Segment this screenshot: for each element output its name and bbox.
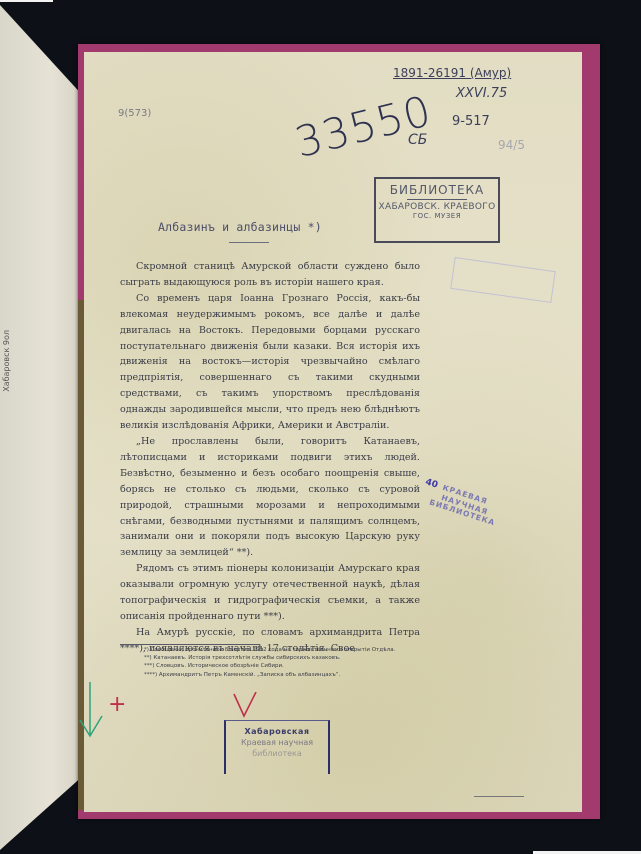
document-page: 9(573) 33550 1891-26191 (Амур) XXVI.75 9…	[84, 52, 582, 812]
footnotes: *) Сообщеніе, прочитанное 8 апрѣля 1912 …	[120, 646, 420, 679]
bottom-stamp-line1: Хабаровская	[226, 727, 328, 738]
call-number: 9-517	[452, 114, 490, 129]
flyleaf-page	[0, 5, 85, 850]
inventory-range: 1891-26191 (Амур)	[393, 66, 511, 80]
scanner-edge-top	[0, 0, 53, 2]
regional-library-stamp: 40 КРАЕВАЯ НАУЧНАЯ БИБЛИОТЕКА	[419, 471, 505, 528]
library-stamp-line2: ХАБАРОВСК. КРАЕВОГО	[376, 202, 498, 212]
faded-stamp	[450, 257, 555, 303]
footnote-separator	[120, 644, 260, 645]
red-check-mark-icon	[232, 692, 260, 720]
classification-code: XXVI.75	[456, 86, 507, 101]
accession-number: 33550	[290, 86, 436, 167]
article-body: Скромной станицѣ Амурской области сужден…	[120, 259, 420, 657]
bottom-stamp-line2: Краевая научная	[226, 738, 328, 749]
footnote: **) Катанаевъ. Исторія трехсотлѣтія служ…	[120, 654, 420, 662]
bottom-stamp-line3: библиотека	[226, 749, 328, 760]
footnote: *) Сообщеніе, прочитанное 8 апрѣля 1912 …	[120, 646, 420, 654]
library-stamp-line1: БИБЛИОТЕКА	[376, 183, 498, 197]
green-arrow-mark-icon	[78, 680, 104, 740]
paragraph: Скромной станицѣ Амурской области сужден…	[120, 259, 420, 291]
footnote: ****) Архимандритъ Петръ Каменскій. „Зап…	[120, 671, 420, 679]
pencil-shelf-mark: 9(573)	[118, 108, 151, 119]
bottom-library-stamp: Хабаровская Краевая научная библиотека	[224, 720, 330, 774]
margin-pencil-note: Хабаровск 9ол	[2, 330, 11, 392]
pencil-line-mark	[474, 796, 524, 797]
library-stamp-line3: ГОС. МУЗЕЯ	[376, 212, 498, 220]
stamp-divider	[407, 199, 467, 200]
paragraph: Рядомъ съ этимъ піонеры колонизаціи Амур…	[120, 561, 420, 625]
pencil-code: 94/5	[498, 138, 525, 152]
title-underline	[229, 242, 269, 243]
red-plus-mark-icon: +	[108, 692, 126, 717]
library-stamp: БИБЛИОТЕКА ХАБАРОВСК. КРАЕВОГО ГОС. МУЗЕ…	[374, 177, 500, 243]
collection-code: СБ	[408, 132, 427, 148]
footnote: ***) Словцовъ. Историческое обозрѣніе Си…	[120, 662, 420, 670]
paragraph: Со временъ царя Іоанна Грознаго Россія, …	[120, 291, 420, 434]
article-title: Албазинъ и албазинцы *)	[158, 220, 322, 234]
paragraph: „Не прославлены были, говоритъ Катанаевъ…	[120, 434, 420, 561]
